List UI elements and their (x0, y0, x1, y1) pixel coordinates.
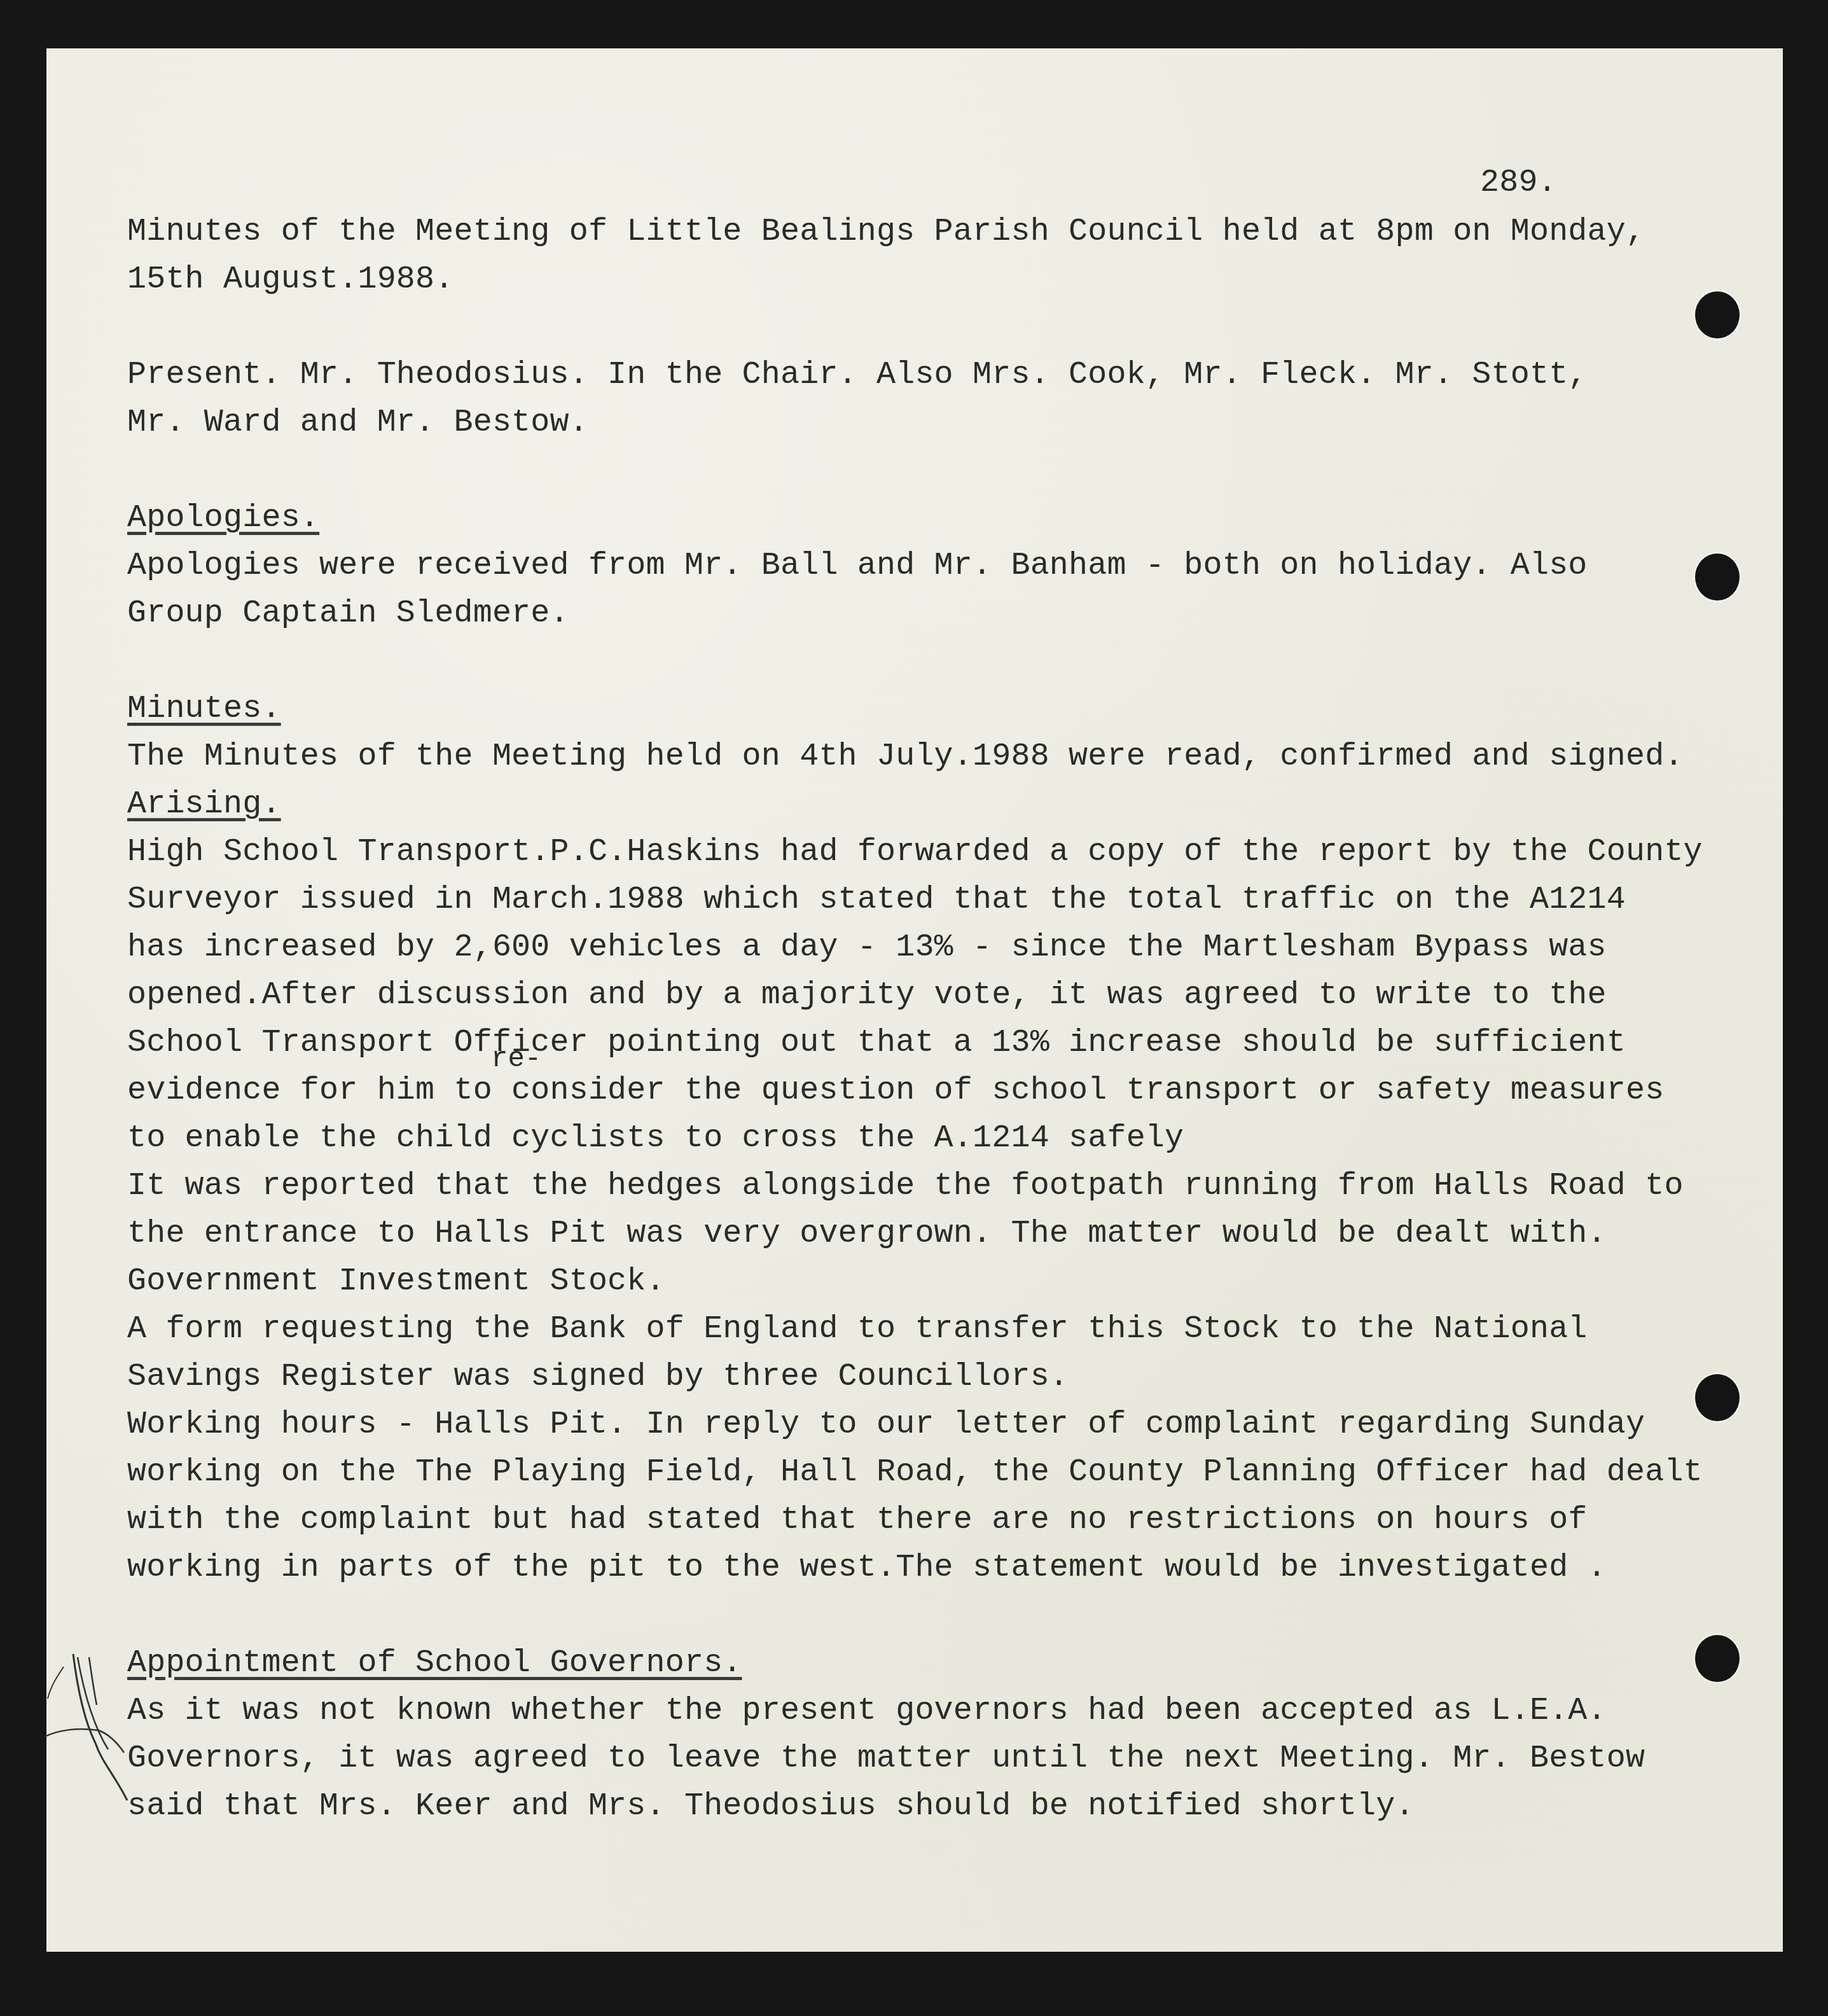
arising-line: Surveyor issued in March.1988 which stat… (127, 881, 1626, 919)
handwritten-insert: re- (491, 1043, 541, 1075)
arising-line: opened.After discussion and by a majorit… (127, 977, 1607, 1015)
arising-line: has increased by 2,600 vehicles a day - … (127, 929, 1607, 967)
minutes-line: The Minutes of the Meeting held on 4th J… (127, 738, 1684, 776)
section-heading-apologies: Apologies. (127, 499, 319, 538)
attendance-line: Mr. Ward and Mr. Bestow. (127, 404, 588, 442)
arising-line: with the complaint but had stated that t… (127, 1501, 1588, 1540)
governors-line: As it was not known whether the present … (127, 1692, 1607, 1730)
punch-hole (1695, 553, 1740, 601)
governors-line: said that Mrs. Keer and Mrs. Theodosius … (127, 1788, 1415, 1826)
handwritten-margin-mark-icon (38, 1641, 178, 1807)
arising-line: A form requesting the Bank of England to… (127, 1310, 1588, 1349)
section-heading-arising: Arising. (127, 786, 281, 824)
page-number: 289. (1480, 164, 1557, 202)
arising-line: working on the The Playing Field, Hall R… (127, 1454, 1703, 1492)
punch-hole (1695, 1635, 1740, 1682)
title-line: Minutes of the Meeting of Little Bealing… (127, 213, 1645, 251)
punch-hole (1695, 1374, 1740, 1421)
arising-line: School Transport Officer pointing out th… (127, 1024, 1626, 1062)
arising-line: working in parts of the pit to the west.… (127, 1549, 1607, 1587)
arising-line: to enable the child cyclists to cross th… (127, 1120, 1184, 1158)
arising-subheading: Government Investment Stock. (127, 1263, 665, 1301)
arising-line: Savings Register was signed by three Cou… (127, 1358, 1069, 1396)
apologies-line: Apologies were received from Mr. Ball an… (127, 547, 1588, 585)
arising-line: the entrance to Halls Pit was very overg… (127, 1215, 1607, 1253)
title-line: 15th August.1988. (127, 261, 454, 299)
governors-line: Governors, it was agreed to leave the ma… (127, 1740, 1645, 1778)
section-heading-school-governors: Appointment of School Governors. (127, 1644, 742, 1683)
arising-line: evidence for him to consider the questio… (127, 1072, 1664, 1110)
arising-line: Working hours - Halls Pit. In reply to o… (127, 1406, 1645, 1444)
arising-line: High School Transport.P.C.Haskins had fo… (127, 833, 1703, 872)
punch-hole (1695, 291, 1740, 338)
section-heading-minutes: Minutes. (127, 690, 281, 728)
arising-line: It was reported that the hedges alongsid… (127, 1167, 1684, 1206)
attendance-line: Present. Mr. Theodosius. In the Chair. A… (127, 356, 1588, 394)
apologies-line: Group Captain Sledmere. (127, 595, 569, 633)
